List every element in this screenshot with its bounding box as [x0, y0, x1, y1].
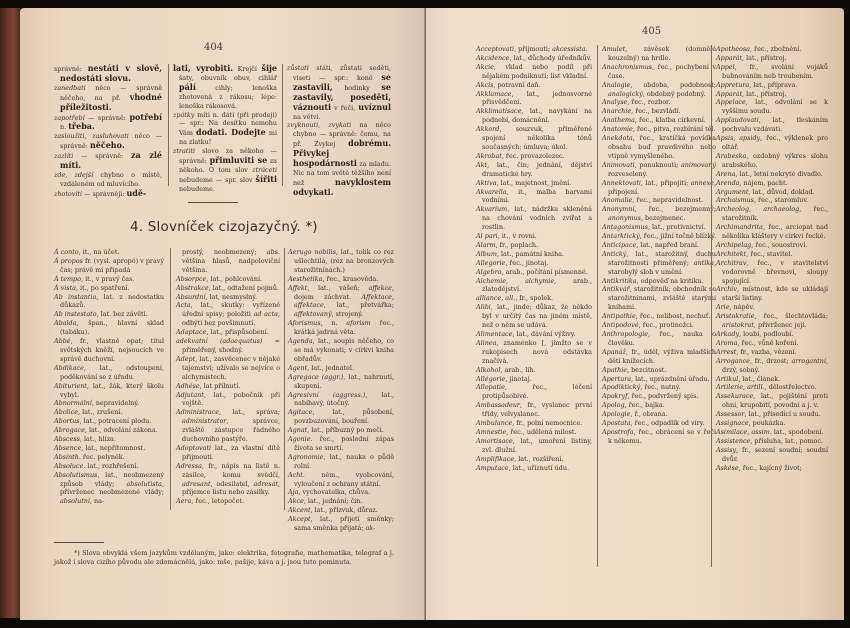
- dictionary-entry: Agronomie, lat., nauka o půdě rolní.: [288, 453, 394, 471]
- headword: Arrogance: [716, 357, 750, 365]
- definition: , řec., bajka.: [625, 401, 665, 409]
- dictionary-entry: Aja, vychovatelka, chůva.: [288, 488, 394, 497]
- headword: alliance, all.: [476, 294, 515, 302]
- dictionary-entry: Aera, řec., letopočet.: [176, 497, 280, 506]
- headword: Administrace: [176, 408, 219, 416]
- headword: Absurdní: [176, 293, 205, 301]
- definition: . řec. pelyněk.: [79, 453, 125, 461]
- headword: Adept: [176, 355, 195, 363]
- headword: Archaismus: [716, 196, 754, 204]
- dictionary-entry: Analyse, řec., rozbor.: [602, 98, 716, 107]
- headword: Agenda: [288, 337, 313, 345]
- headword: Anonymní: [602, 205, 635, 213]
- dictionary-entry: Annektovati, lat., připojiti; annexe, př…: [602, 179, 716, 197]
- dictionary-entry: Archaismus, řec., staromluv.: [716, 196, 828, 205]
- definition: , vychovatelka, chůva.: [298, 488, 370, 496]
- headword: Agent: [288, 364, 307, 372]
- definition: , řec., bezvládí.: [631, 107, 680, 115]
- definition: , bezcitnost.: [627, 366, 666, 374]
- dictionary-entry: Adressa, fr., nápis na listě n. zásilce,…: [176, 462, 280, 498]
- definition: , lat., přísedící u soudu.: [744, 410, 820, 418]
- dictionary-entry: Assessor, lat., přísedící u soudu.: [716, 410, 828, 419]
- dictionary-entry: Abrogace, lat., odvolání zákona.: [54, 426, 164, 435]
- dictionary-entry: Adoptovati lat., za vlastní dítě přijmou…: [176, 444, 280, 462]
- column-divider: [597, 45, 598, 567]
- headword: Acta: [176, 301, 191, 309]
- definition: , přísluha, lat., pomoc.: [750, 437, 823, 445]
- dictionary-entry: Antipathie, řec., nelibost, nechuť.: [602, 312, 716, 321]
- definition: , nepravidelný.: [92, 399, 139, 407]
- dictionary-entry: Applaudovati, lat., tleskáním pochvalu v…: [716, 116, 828, 134]
- dictionary-entry: Aforismus, n. aforism řec., krátká jadrn…: [288, 319, 394, 337]
- definition: , lat., dávání výživy.: [512, 330, 575, 338]
- dictionary-entry: Adept, lat., zasvěcenec v nějaké tajemst…: [176, 355, 280, 382]
- definition: , lat, nesmyslný.: [205, 293, 257, 301]
- definition: , fr., spolek.: [515, 294, 553, 302]
- definition: , lat., přístroj.: [742, 90, 787, 98]
- definition: , závěsek (domnělé kouzelný) na hrdle.: [608, 45, 716, 62]
- headword: Absolutismus: [54, 471, 97, 479]
- book-spread: 404 správně: nestáti v slově, nedostáti …: [0, 0, 850, 628]
- headword: Aristokratie: [716, 312, 755, 320]
- headword: Analyse: [602, 98, 627, 106]
- definition: , řec., kajícný život;: [739, 464, 802, 472]
- definition: , fr., vazba, vězení.: [736, 348, 796, 356]
- definition: , lat., odvolání zákona.: [85, 426, 158, 434]
- definition: , fr., sezení soudní; soudní dvůr.: [722, 446, 828, 463]
- headword: Arabeska: [716, 152, 746, 160]
- headword: Akkord: [476, 125, 499, 133]
- headword: Arkady: [716, 330, 739, 338]
- dictionary-entry: Absinth. řec. pelyněk.: [54, 453, 164, 462]
- headword: Akt: [476, 161, 487, 169]
- definition: , nájem, pacht.: [739, 179, 787, 187]
- headword: Abnormální: [54, 399, 92, 407]
- dictionary-entry: Anekdota, řec., kratičká povídka obsahu …: [602, 134, 716, 161]
- headword: adekvatní (adaequatus): [176, 337, 262, 345]
- dictionary-entry: Assekurace, lat., pojištění proti ohni, …: [716, 392, 828, 410]
- dictionary-entry: Abstrakce, lat., odtažení pojmů.: [176, 284, 280, 293]
- headword: Apertura: [602, 375, 631, 383]
- definition: , it., po spatření.: [76, 284, 130, 292]
- rich-lines: lati, vyrobiti. Krejčí šije šaty, obuvní…: [173, 64, 277, 194]
- dictionary-entry: Antikvář, starožitník; obchodník se star…: [602, 285, 716, 312]
- headword: Agitace: [288, 408, 313, 416]
- headword: Algebra: [476, 268, 502, 276]
- definition: . něm., vyobcování, vyloučení z ochrany …: [294, 471, 394, 488]
- dictionary-entry: Arenda, nájem, pacht.: [716, 179, 828, 188]
- headword: Assistence: [716, 437, 750, 445]
- headword: Adressa: [176, 462, 202, 470]
- dictionary-entry: Akvarella, it., malba barvami vodními.: [476, 188, 592, 206]
- headword: Architekt: [716, 250, 746, 258]
- dictionary-entry: Allegorie, řec., jinotaj.: [476, 259, 592, 268]
- left-top-column-1: správně: nestáti v slově, nedostáti slov…: [54, 64, 162, 199]
- dictionary-entry: Abnormální, nepravidelný.: [54, 399, 164, 408]
- dictionary-entry: adekvatní (adaequatus) = přiměřený, shod…: [176, 337, 280, 355]
- dictionary-entry: Abbé, fr., vlastně opat; titul světských…: [54, 337, 164, 364]
- dictionary-entry: Anthropologie, řec., nauka o člověku.: [602, 330, 716, 348]
- headword: Anekdota: [602, 134, 633, 142]
- headword: Acht: [288, 471, 303, 479]
- text-line: ztratiti slovo za někoho — správně: přim…: [173, 147, 277, 194]
- headword: Abstrakce: [176, 284, 209, 292]
- dictionary-entry: Agenda, lat., soupis něčeho, co se má vy…: [288, 337, 394, 364]
- dictionary-entry: Absence, lat., nepřítomnost.: [54, 444, 164, 453]
- headword: Acceptovati: [476, 45, 514, 53]
- headword: Analogie: [602, 81, 630, 89]
- definition: , řec., krasověda.: [322, 275, 378, 283]
- column-divider: [284, 248, 285, 510]
- headword: Abiturient: [54, 382, 87, 390]
- dictionary-entry: Acta, lat., skutky: vyřízené úřední spis…: [176, 301, 280, 328]
- definition: , lat., potracení plodu.: [80, 417, 152, 425]
- headword: Apparát: [716, 90, 742, 98]
- headword: Agresivní (aggress.): [288, 391, 365, 399]
- dictionary-entry: Animovati, ponuknouti; animovaný rozvese…: [602, 161, 716, 179]
- headword: Abalda: [54, 319, 76, 327]
- dictionary-column-2: prostý, neobmezený; abs. většina hlasů, …: [176, 248, 280, 506]
- dictionary-entry: Antikritika, odpověď na kritiku.: [602, 277, 716, 286]
- dictionary-entry: Absolutismus, lat., neobmezený způsob vl…: [54, 471, 164, 507]
- definition: , assim. lat., spodobení.: [747, 428, 823, 436]
- dictionary-entry: Album, lat., památní kniha.: [476, 250, 592, 259]
- headword: Assekurace: [716, 392, 753, 400]
- dictionary-entry: alliance, all., fr., spolek.: [476, 294, 592, 303]
- definition: , řec., nelibost, nechuť.: [636, 312, 711, 320]
- headword: Assignace: [716, 419, 749, 427]
- headword: Archeolog: [716, 205, 749, 213]
- headword: Applaudovati: [716, 116, 759, 124]
- dictionary-entry: Apokryf, řec., podvržený spis.: [602, 392, 716, 401]
- dictionary-entry: Affekt, lat., vášeň; affekce, dojem zách…: [288, 284, 394, 320]
- definition: , řec., letopočet.: [191, 497, 244, 505]
- headword: Agonie: [288, 435, 311, 443]
- headword: Assisy: [716, 446, 736, 454]
- dictionary-entry: prostý, neobmezený; abs. většina hlasů, …: [176, 248, 280, 275]
- dictionary-entry: Algebra, arab., počítání písmenné.: [476, 268, 592, 277]
- dictionary-entry: Akcie, vklad nebo podíl při nějakém podn…: [476, 63, 592, 81]
- definition: , lat., důvod, doklad.: [748, 188, 814, 196]
- dictionary-entry: Akcidence, lat., důchody úředníkův.: [476, 54, 592, 63]
- dictionary-entry: Arkady, loubí, podloubí.: [716, 330, 828, 339]
- dictionary-entry: Amulet, závěsek (domnělé kouzelný) na hr…: [602, 45, 716, 63]
- definition: , lat., zrušení.: [78, 408, 122, 416]
- definition: , souzvuk, přiměřené spojení několika tó…: [482, 125, 592, 151]
- headword: Apathie: [602, 366, 627, 374]
- dictionary-column-6: Apotheosa, řec., zbožnění.Apparát, lat.,…: [716, 45, 828, 473]
- definition: , řec., jižní točně blízký.: [640, 232, 716, 240]
- headword: Akklimatisace: [476, 107, 521, 115]
- dictionary-entry: Apologie, ř., obrana.: [602, 410, 716, 419]
- headword: Anatomie: [602, 125, 633, 133]
- dictionary-column-5: Amulet, závěsek (domnělé kouzelný) na hr…: [602, 45, 716, 446]
- dictionary-entry: Anonymní, řec., bezejmenný; anonymus, be…: [602, 205, 716, 223]
- dictionary-entry: Assistence, přísluha, lat., pomoc.: [716, 437, 828, 446]
- definition: , it., na účet.: [79, 248, 120, 256]
- definition: , řec., nutný.: [640, 383, 680, 391]
- dictionary-entry: Abiturient, lat., žák, který školu vybyl…: [54, 382, 164, 400]
- dictionary-entry: Apertura, lat., uprázdnění úřadu.: [602, 375, 716, 384]
- dictionary-entry: Acht. něm., vyobcování, vyloučení z ochr…: [288, 471, 394, 489]
- headword: Á vista: [54, 284, 76, 292]
- dictionary-entry: Agonie. řec., poslední zápas života se s…: [288, 435, 394, 453]
- dictionary-column-1: Á conto, it., na účet.Á propos fr. (vysl…: [54, 248, 164, 506]
- headword: Arena: [716, 170, 735, 178]
- definition: prostý, neobmezený; abs. většina hlasů, …: [182, 248, 280, 274]
- definition: , lat., protivnictví.: [648, 223, 706, 231]
- dictionary-entry: Amortisace, lat., umoření listiny, zvl. …: [476, 437, 592, 455]
- column-divider: [168, 64, 169, 186]
- definition: , řec., staromluv.: [754, 196, 808, 204]
- headword: Abbé: [54, 337, 71, 345]
- headword: Alinea: [476, 339, 496, 347]
- dictionary-entry: Archeolog, archaeolog, řec., starožitník…: [716, 205, 828, 223]
- text-line: lati, vyrobiti. Krejčí šije šaty, obuvní…: [173, 64, 277, 111]
- definition: , arab., líh.: [500, 366, 535, 374]
- entry-list: prostý, neobmezený; abs. většina hlasů, …: [176, 248, 280, 506]
- dictionary-entry: Alibi, lat., jinde; důkaz, že někdo byl …: [476, 303, 592, 330]
- headword: Antikvář: [602, 285, 630, 293]
- headword: Arrest: [716, 348, 736, 356]
- entry-list: Apotheosa, řec., zbožnění.Apparát, lat.,…: [716, 45, 828, 473]
- dictionary-column-4: Acceptovati, přijmouti; akcessista.Akcid…: [476, 45, 592, 473]
- book-binding: [0, 8, 20, 618]
- left-page: 404 správně: nestáti v slově, nedostáti …: [20, 8, 426, 620]
- page-number-405: 405: [642, 26, 661, 37]
- headword: Assessor: [716, 410, 744, 418]
- dictionary-entry: Arrogance, fr., drzost; arrogantní, drzý…: [716, 357, 828, 375]
- dictionary-entry: Appretura, lat., příprava.: [716, 81, 828, 90]
- definition: , lat., rozšíření.: [514, 455, 563, 463]
- dictionary-entry: Abolice, lat., zrušení.: [54, 408, 164, 417]
- headword: Adhése: [176, 382, 200, 390]
- section-title: 4. Slovníček cizojazyčný. *): [130, 219, 318, 235]
- dictionary-entry: Arena, lat., letní nekryté divadlo.: [716, 170, 828, 179]
- definition: , řec., udělená milost.: [506, 428, 576, 436]
- headword: Akcie: [476, 63, 494, 71]
- headword: Allegorie: [476, 259, 505, 267]
- dictionary-entry: Á propos fr. (vysl. apropó) v pravý čas;…: [54, 257, 164, 275]
- text-line: správně: nestáti v slově, nedostáti slov…: [54, 64, 162, 84]
- dictionary-entry: Archimandrita, řec., arciopat nad několi…: [716, 223, 828, 241]
- headword: Á tempo: [54, 275, 81, 283]
- left-top-column-3: zůstati státi, zůstati seděti, viseti — …: [287, 64, 391, 198]
- definition: , lat., uprázdnění úřadu.: [631, 375, 709, 383]
- dictionary-entry: Apparát, lat., přístroj.: [716, 90, 828, 99]
- headword: Adaptace: [176, 328, 206, 336]
- definition: , lat., příbuzný po meči.: [307, 426, 384, 434]
- dictionary-entry: Architekt, řec., stavitel.: [716, 250, 828, 259]
- headword: Allégorie: [476, 375, 505, 383]
- headword: Abscess: [54, 435, 80, 443]
- definition: , fr., vlastně opat; titul světských kně…: [60, 337, 164, 363]
- definition: , přijmouti; akcessista.: [514, 45, 587, 53]
- dictionary-entry: Akklamace, lat., jednosvorné přisvědčení…: [476, 90, 592, 108]
- headword: Antipodové: [602, 321, 639, 329]
- dictionary-entry: Aristokratie, řec., šlechtovládа; aristo…: [716, 312, 828, 330]
- text-line: zvyknouti, zvykati na něco chybno — sprá…: [287, 121, 391, 197]
- headword: Ambassadeur: [476, 401, 520, 409]
- headword: Apsis, apsidy: [716, 134, 760, 142]
- dictionary-entry: Apparát, lat., přístroj.: [716, 54, 828, 63]
- headword: Aja: [288, 488, 298, 496]
- headword: Absinth: [54, 453, 79, 461]
- definition: , lat., památní kniha.: [497, 250, 564, 258]
- definition: , ř., obrana.: [630, 410, 667, 418]
- definition: , lat., čin; jednání, dějství dramatické…: [482, 161, 592, 178]
- dictionary-entry: Apathie, bezcitnost.: [602, 366, 716, 375]
- dictionary-entry: Archipelag, řec., souostroví.: [716, 241, 828, 250]
- definition: , lat., letní nekryté divadlo.: [735, 170, 822, 178]
- dictionary-entry: Arie, nápěv.: [716, 303, 828, 312]
- footnote: *) Slova obvyklá všem jazykům vzdělaným,…: [54, 549, 394, 567]
- dictionary-entry: Á conto, it., na účet.: [54, 248, 164, 257]
- dictionary-entry: Alimentace, lat., dávání výživy.: [476, 330, 592, 339]
- headword: Asimilace: [716, 428, 747, 436]
- text-line: zhotoviti — správněji: udě-: [54, 189, 162, 199]
- headword: Agnat: [288, 426, 307, 434]
- dictionary-entry: Agresivní (aggress.), lat., nabíhavý, út…: [288, 391, 394, 409]
- dictionary-entry: Architrav, řec., v stavitelství vodorovn…: [716, 259, 828, 286]
- dictionary-entry: Artilerie, artill., dělostřelectvo.: [716, 383, 828, 392]
- headword: Apolog: [602, 401, 625, 409]
- definition: , lat., jednatel.: [307, 364, 354, 372]
- headword: Askése: [716, 464, 739, 472]
- left-top-column-2: lati, vyrobiti. Krejčí šije šaty, obuvní…: [173, 64, 277, 194]
- headword: Akcent: [288, 506, 311, 514]
- headword: Aroma: [716, 339, 737, 347]
- text-line: zůstati státi, zůstati seděti, viseti — …: [287, 64, 391, 121]
- headword: Anathema: [602, 116, 635, 124]
- dictionary-entry: Abdikace, lat., odstoupení, poděkování s…: [54, 364, 164, 382]
- definition: , lat., majetnost, jmění.: [497, 179, 572, 187]
- entry-list: Acceptovati, přijmouti; akcessista.Akcid…: [476, 45, 592, 473]
- dictionary-entry: Assignace, poukázka.: [716, 419, 828, 428]
- headword: Abrogace: [54, 426, 85, 434]
- headword: Akvarella: [476, 188, 507, 196]
- dictionary-entry: Á vista, it., po spatření.: [54, 284, 164, 293]
- dictionary-entry: Anticipace, lat., napřed braní.: [602, 241, 716, 250]
- definition: , řec., stavitel.: [746, 250, 792, 258]
- headword: Abdikace: [54, 364, 84, 372]
- headword: Argument: [716, 188, 748, 196]
- headword: Amputace: [476, 464, 509, 472]
- dictionary-entry: Akrobat, řec. provazolezec.: [476, 152, 592, 161]
- headword: Architrav: [716, 259, 746, 267]
- dictionary-entry: Apsis, apsidy, řec., výklenek pro oltář.: [716, 134, 828, 152]
- dictionary-entry: Adaptace, lat., přispůsobení.: [176, 328, 280, 337]
- dictionary-entry: Akt, lat., čin; jednání, dějství dramati…: [476, 161, 592, 179]
- headword: Ab instestato: [54, 310, 97, 318]
- headword: Abortus: [54, 417, 80, 425]
- definition: , řec., jinotaj.: [505, 259, 548, 267]
- dictionary-entry: Abortus, lat., potracení plodu.: [54, 417, 164, 426]
- dictionary-entry: Anomalie, řec., nepravidelnost.: [602, 196, 716, 205]
- definition: , lat., zasvěcenec v nějaké tajemství; u…: [182, 355, 280, 381]
- headword: Akcidence: [476, 54, 509, 62]
- text-line: zazlíti — správně: za zlé míti.: [54, 151, 162, 171]
- dictionary-entry: Antarktický, řec., jižní točně blízký.: [602, 232, 716, 241]
- headword: Alchemie: [476, 277, 506, 285]
- headword: Á propos: [54, 257, 83, 265]
- headword: Apokryf: [602, 392, 627, 400]
- headword: Aforismus: [288, 319, 321, 327]
- headword: Archiv: [716, 285, 737, 293]
- definition: , znaménko [, jímžto se v rukopisech nov…: [482, 339, 592, 365]
- dictionary-entry: Administrace, lat., správa; administrato…: [176, 408, 280, 444]
- dictionary-entry: Amputace, lat., uříznutí údu.: [476, 464, 592, 473]
- dictionary-entry: Aroma, řec., vůně koření.: [716, 339, 828, 348]
- dictionary-entry: Apostata, řec., odpadlík od víry.: [602, 419, 716, 428]
- headword: Apanáž: [602, 348, 626, 356]
- headword: Adjutant: [176, 391, 204, 399]
- definition: , lat., skutky: vyřízené úřední spisy; p…: [182, 301, 280, 327]
- dictionary-entry: Apotheosa, řec., zbožnění.: [716, 45, 828, 54]
- entry-list: Aerugo nobilis, lat., tolik co rez ušlec…: [288, 248, 394, 533]
- headword: Antický: [602, 250, 626, 258]
- definition: , řec., rozbor.: [627, 98, 670, 106]
- headword: Allopatie: [476, 383, 505, 391]
- dictionary-entry: Analogie, obdoba, podobnost; analogický,…: [602, 81, 716, 99]
- dictionary-entry: Á tempo, it., v pravý čas.: [54, 275, 164, 284]
- dictionary-entry: Apostrofa, řec., obrácení se v řeči k ně…: [602, 428, 716, 446]
- headword: Arie: [716, 303, 730, 311]
- rich-lines: zůstati státi, zůstati seděti, viseti — …: [287, 64, 391, 198]
- dictionary-entry: Archiv, místnost, kde se ukládají starší…: [716, 285, 828, 303]
- definition: . lat., rozhřešení.: [83, 462, 138, 470]
- definition: , fr., polní nemocnice.: [512, 419, 582, 427]
- dictionary-entry: Ab instestato, lat. bez závěti.: [54, 310, 164, 319]
- headword: Alkohol: [476, 366, 500, 374]
- right-page: 405 Acceptovati, přijmouti; akcessista.A…: [426, 8, 844, 620]
- definition: , řec., pitva, rozbírání těl.: [633, 125, 716, 133]
- column-divider: [711, 45, 712, 567]
- definition: , fr., poplach.: [496, 241, 538, 249]
- definition: , lat., hlíza.: [80, 435, 116, 443]
- dictionary-entry: Agitace, lat., působení, povzbuzování, b…: [288, 408, 394, 426]
- definition: , it., v rovni.: [498, 232, 537, 240]
- definition: , řec., protinožci.: [639, 321, 694, 329]
- headword: Antipathie: [602, 312, 636, 320]
- footnote-rule: [54, 542, 104, 543]
- definition: , řec., zbožnění.: [750, 45, 801, 53]
- dictionary-column-3: Aerugo nobilis, lat., tolik co rez ušlec…: [288, 248, 394, 533]
- dictionary-entry: Akce, lat., jednání; čin.: [288, 497, 394, 506]
- page-number-404: 404: [204, 42, 223, 53]
- dictionary-entry: Apodiktický, řec., nutný.: [602, 383, 716, 392]
- headword: Appretura: [716, 81, 749, 89]
- definition: , lat. bez závěti.: [97, 310, 148, 318]
- definition: , lat., přízvuk, důraz.: [311, 506, 378, 514]
- section-separator: [188, 202, 238, 203]
- column-divider: [282, 64, 283, 186]
- dictionary-entry: Acceptovati, přijmouti; akcessista.: [476, 45, 592, 54]
- dictionary-entry: Anarchie, řec., bezvládí.: [602, 107, 716, 116]
- headword: Adoptovati: [176, 444, 211, 452]
- headword: Artikul: [716, 375, 738, 383]
- dictionary-entry: Asimilace, assim. lat., spodobení.: [716, 428, 828, 437]
- dictionary-entry: Akklimatisace, lat., navykání na podnebí…: [476, 107, 592, 125]
- dictionary-entry: Amplifikace, lat., rozšíření.: [476, 455, 592, 464]
- headword: Affekt: [288, 284, 307, 292]
- column-divider: [170, 248, 171, 510]
- headword: Akrobat: [476, 152, 502, 160]
- entry-list: Á conto, it., na účet.Á propos fr. (vysl…: [54, 248, 164, 506]
- headword: Alibi: [476, 303, 491, 311]
- dictionary-entry: Akcept, lat., přijetí směnky; sama směnk…: [288, 515, 394, 533]
- dictionary-entry: Apanáž, fr., úděl, výživa mladších dětí …: [602, 348, 716, 366]
